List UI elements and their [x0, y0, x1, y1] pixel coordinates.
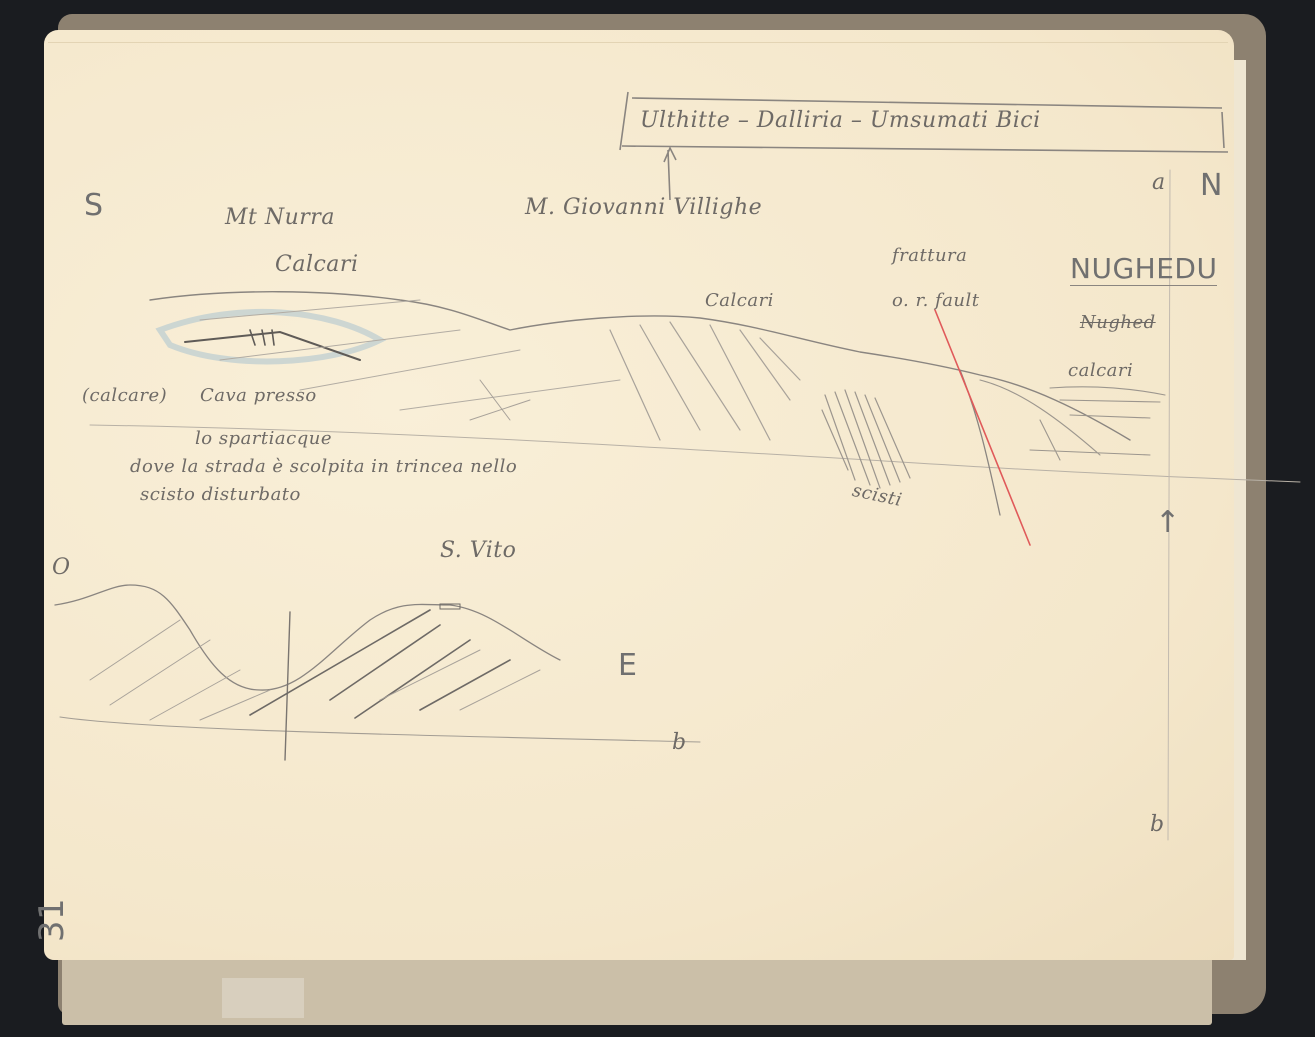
pencil-sketches [0, 0, 1315, 1037]
label-o: O [52, 555, 71, 580]
nughedu-struck-label: Nughed [1080, 312, 1156, 333]
orientation-s-label: S [84, 188, 104, 223]
calcare-note: (calcare) [82, 385, 167, 406]
lower-cross-section [55, 585, 700, 760]
mt-giovanni-label: M. Giovanni Villighe [525, 195, 762, 220]
label-e: E [618, 648, 637, 683]
note-line-2: lo spartiacque [195, 428, 332, 449]
orientation-n-label: N [1200, 168, 1223, 203]
arrow-marker: ↑ [1155, 505, 1181, 540]
label-a: a [1152, 170, 1166, 195]
s-vito-label: S. Vito [440, 538, 516, 563]
page-number: 31 [32, 898, 72, 942]
mt-nurra-label: Mt Nurra [225, 205, 335, 230]
label-b-1: b [672, 730, 687, 755]
frattura-sub-label: o. r. fault [892, 290, 980, 311]
header-box-text: Ulthitte – Dalliria – Umsumati Bici [640, 108, 1041, 133]
note-line-4: scisto disturbato [140, 484, 301, 505]
calcari-label-1: Calcari [275, 252, 358, 277]
frattura-label: frattura [892, 245, 967, 266]
note-line-3: dove la strada è scolpita in trincea nel… [130, 456, 517, 477]
note-line-1: Cava presso [200, 385, 317, 406]
label-b-2: b [1150, 812, 1165, 837]
calcari-label-2: Calcari [705, 290, 774, 311]
nughedu-label: NUGHEDU [1070, 252, 1217, 286]
calcari-label-3: calcari [1068, 360, 1133, 381]
